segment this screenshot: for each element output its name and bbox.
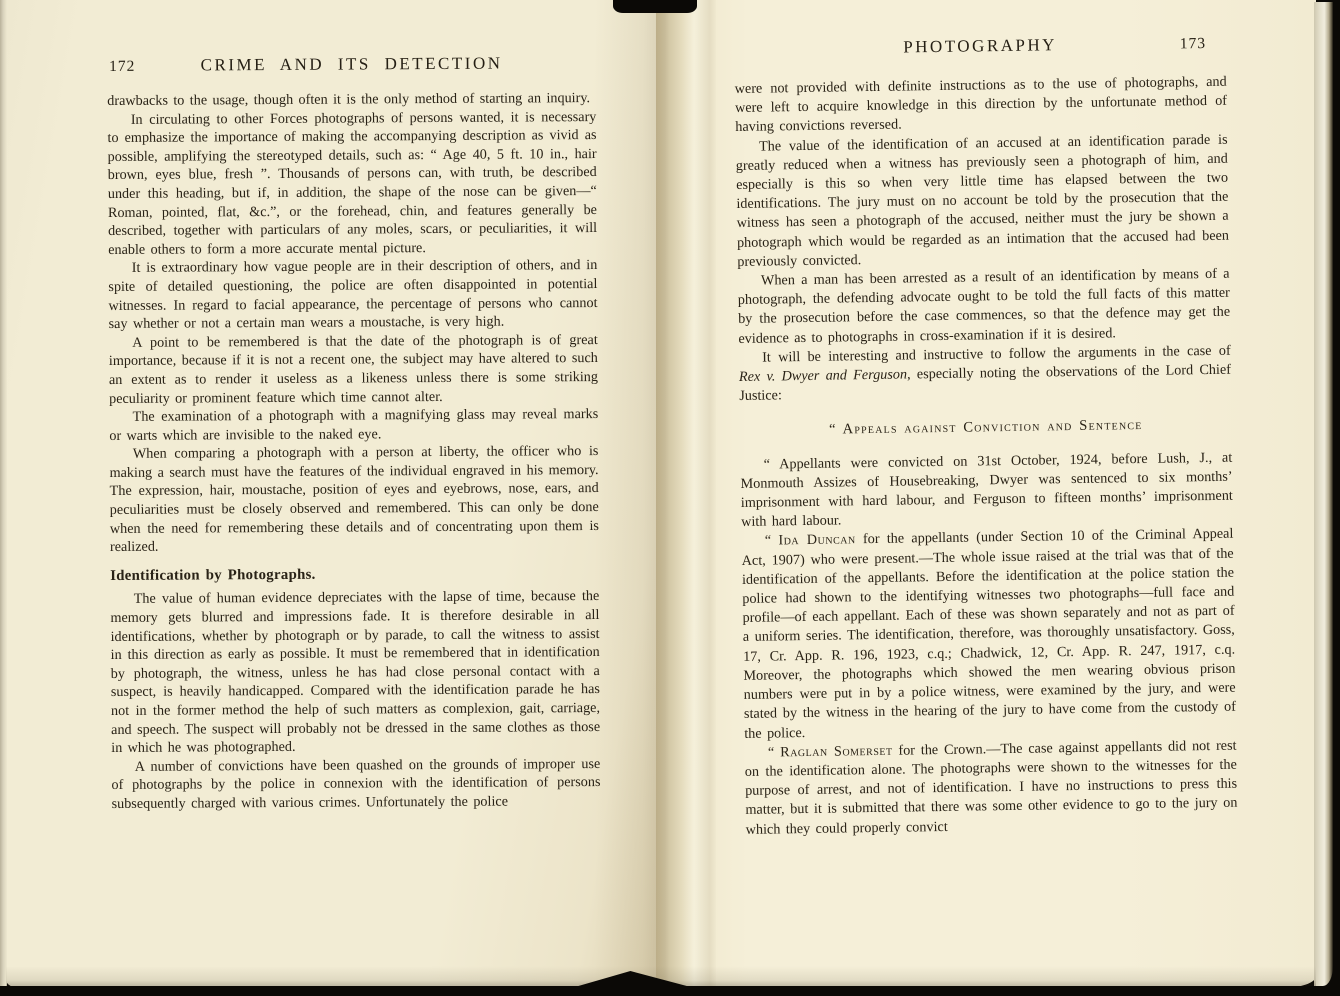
right-page-number: 173 (1180, 35, 1207, 53)
counsel-name-smallcaps: Raglan Somerset (780, 742, 893, 760)
open-book: 172 CRIME AND ITS DETECTION drawbacks to… (0, 0, 1340, 996)
paragraph: In circulating to other Forces photograp… (107, 108, 597, 260)
appeals-subheading: “ Appeals against Conviction and Sentenc… (740, 415, 1232, 441)
paragraph-duncan: “ Ida Duncan for the appellants (under S… (741, 525, 1236, 744)
left-page-body: drawbacks to the usage, though often it … (107, 89, 600, 814)
right-running-title: PHOTOGRAPHY (903, 35, 1057, 56)
paragraph: It is extraordinary how vague people are… (108, 256, 597, 333)
open-quote: “ (765, 533, 779, 549)
paragraph: When comparing a photograph with a perso… (109, 442, 599, 557)
paragraph: The value of human evidence depreciates … (110, 587, 600, 757)
paragraph: A number of convictions have been quashe… (111, 755, 600, 814)
left-page-content: 172 CRIME AND ITS DETECTION drawbacks to… (107, 53, 601, 814)
spine-notch-top (613, 0, 697, 13)
book-bottom-edge (0, 986, 1340, 996)
left-page: 172 CRIME AND ITS DETECTION drawbacks to… (6, 0, 656, 988)
paragraph: When a man has been arrested as a result… (737, 265, 1230, 349)
left-running-title: CRIME AND ITS DETECTION (201, 54, 503, 75)
paragraph: “ Appellants were convicted on 31st Octo… (740, 448, 1233, 532)
paragraph: The examination of a photograph with a m… (109, 405, 598, 445)
paragraph-case-reference: It will be interesting and instructive t… (739, 342, 1232, 407)
paragraph: were not provided with definite instruct… (735, 73, 1228, 138)
case-name-italic: Rex v. Dwyer and Ferguson (739, 367, 907, 385)
left-page-number: 172 (109, 58, 135, 76)
left-running-head: 172 CRIME AND ITS DETECTION (107, 53, 596, 80)
paragraph: The value of the identification of an ac… (735, 130, 1229, 272)
section-heading: Identification by Photographs. (110, 564, 599, 586)
paragraph: A point to be remembered is that the dat… (109, 331, 598, 408)
right-page: PHOTOGRAPHY 173 were not provided with d… (656, 0, 1316, 988)
paragraph: drawbacks to the usage, though often it … (107, 89, 596, 111)
right-page-content: PHOTOGRAPHY 173 were not provided with d… (734, 33, 1238, 840)
paragraph-somerset: “ Raglan Somerset for the Crown.—The cas… (744, 736, 1237, 839)
counsel-argument-text: for the appellants (under Section 10 of … (742, 526, 1236, 741)
right-page-body: were not provided with definite instruct… (735, 73, 1238, 840)
open-quote: “ (768, 744, 780, 760)
right-running-head: PHOTOGRAPHY 173 (734, 33, 1226, 64)
counsel-name-smallcaps: Ida Duncan (778, 532, 855, 549)
left-page-edge-stack (0, 0, 7, 990)
right-fore-edge-stack (1314, 2, 1333, 986)
